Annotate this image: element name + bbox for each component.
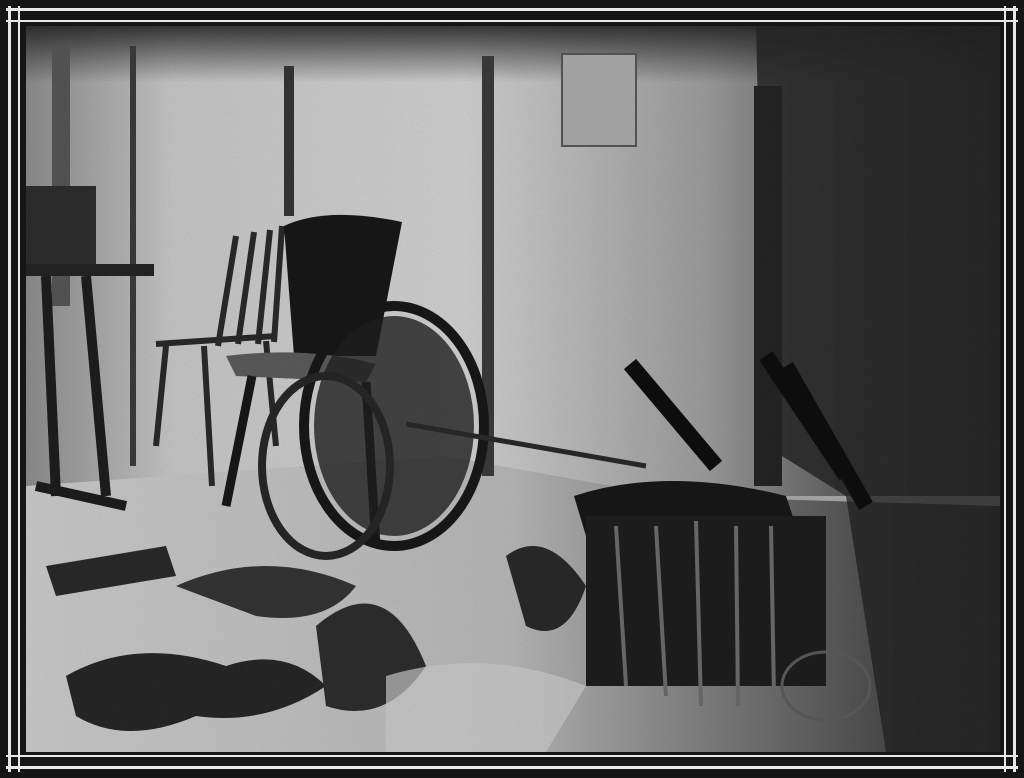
frame-rule-left-outer <box>8 6 11 772</box>
photograph <box>26 26 1000 752</box>
frame-rule-right-outer <box>1013 6 1016 772</box>
table-top <box>26 264 154 276</box>
stack-of-boxes <box>26 186 96 276</box>
frame-rule-bottom-inner <box>6 755 1018 757</box>
photo-frame <box>0 0 1024 778</box>
wall-notice <box>562 54 636 146</box>
frame-rule-bottom-outer <box>6 766 1018 769</box>
frame-rule-left-inner <box>18 6 20 772</box>
frame-rule-top-outer <box>6 8 1018 11</box>
scene <box>26 26 1000 752</box>
frame-rule-right-inner <box>1004 6 1006 772</box>
frame-rule-top-inner <box>6 20 1018 22</box>
